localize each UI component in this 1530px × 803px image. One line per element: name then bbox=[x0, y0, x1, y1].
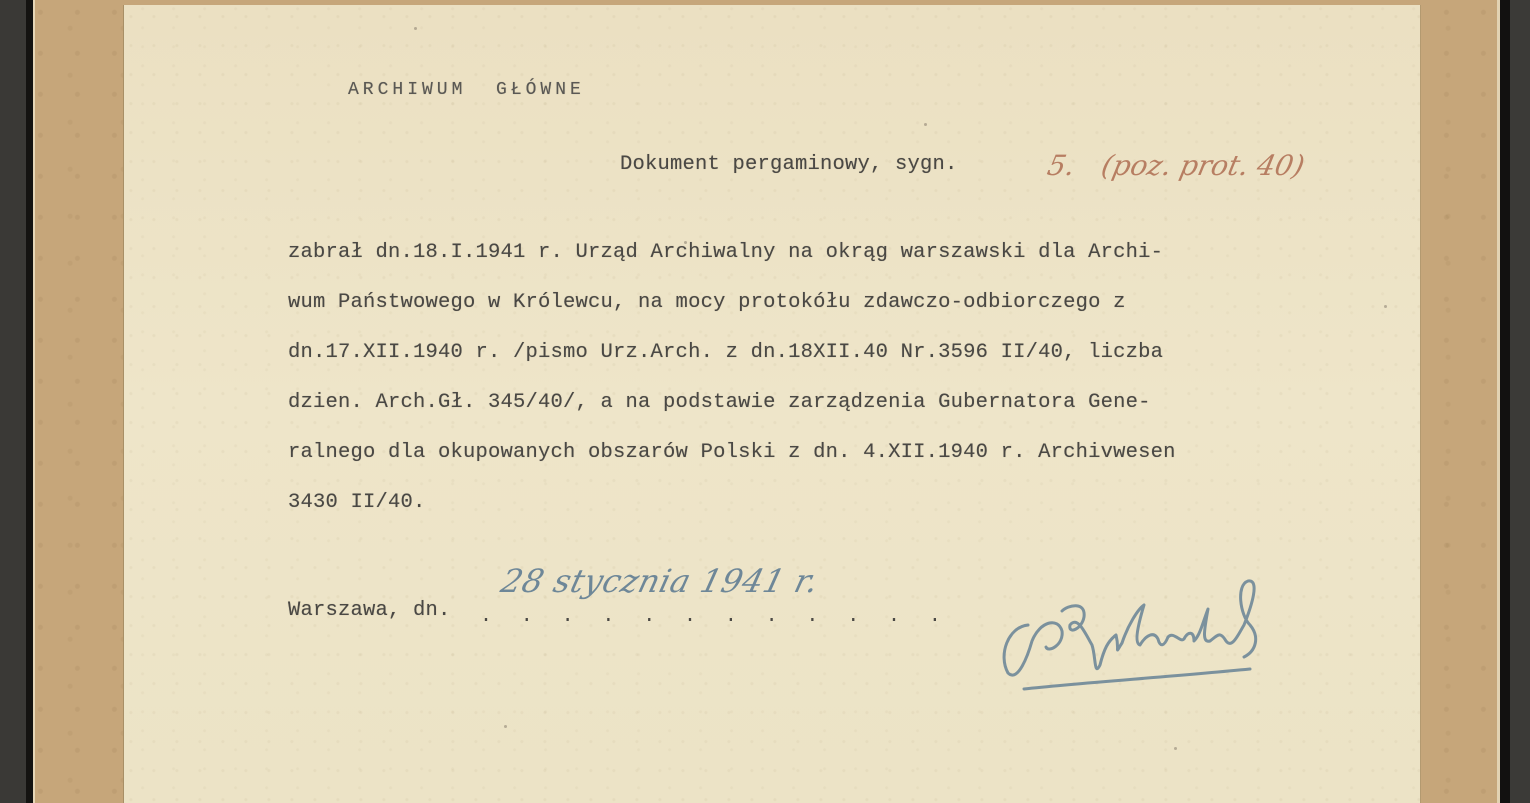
date-dotted-line: . . . . . . . . . . . . bbox=[480, 605, 949, 628]
scanned-archive-page: ARCHIWUM GŁÓWNE Dokument pergaminowy, sy… bbox=[0, 0, 1530, 803]
place-date-label: Warszawa, dn. bbox=[288, 601, 451, 622]
reference-number-handwritten: 5. bbox=[1044, 149, 1078, 182]
body-line-4: dzien. Arch.Gł. 345/40/, a na podstawie … bbox=[288, 393, 1151, 414]
body-line-5: ralnego dla okupowanych obszarów Polski … bbox=[288, 443, 1176, 464]
date-handwritten: 28 stycznia 1941 r. bbox=[497, 562, 823, 600]
archive-heading: ARCHIWUM GŁÓWNE bbox=[348, 81, 585, 99]
scanner-frame-left bbox=[0, 0, 26, 803]
document-sheet: ARCHIWUM GŁÓWNE Dokument pergaminowy, sy… bbox=[124, 5, 1420, 803]
scanner-frame-left-edge bbox=[26, 0, 33, 803]
scanner-frame-right-edge bbox=[1500, 0, 1510, 803]
document-reference-label: Dokument pergaminowy, sygn. bbox=[620, 155, 958, 176]
mount-edge-left bbox=[33, 0, 35, 803]
body-line-6: 3430 II/40. bbox=[288, 493, 426, 514]
reference-note-handwritten: (poz. prot. 40) bbox=[1098, 149, 1307, 182]
body-line-3: dn.17.XII.1940 r. /pismo Urz.Arch. z dn.… bbox=[288, 343, 1163, 364]
body-line-2: wum Państwowego w Królewcu, na mocy prot… bbox=[288, 293, 1126, 314]
scanner-frame-right bbox=[1510, 0, 1530, 803]
body-line-1: zabrał dn.18.I.1941 r. Urząd Archiwalny … bbox=[288, 243, 1163, 264]
signature-stroke-icon bbox=[988, 565, 1288, 705]
signature bbox=[988, 565, 1288, 705]
